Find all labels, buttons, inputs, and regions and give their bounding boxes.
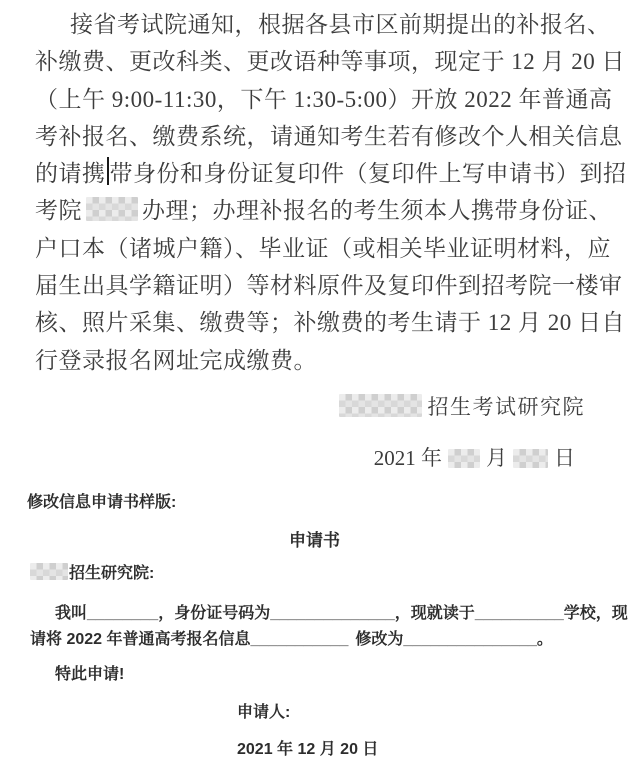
application-body: 我叫________，身份证号码为______________，现就读于____…: [30, 601, 608, 653]
redaction-salutation-org: [30, 563, 68, 580]
signature-date-month-label: 月: [486, 446, 507, 470]
body-after-name-text: ，身份证号码为: [158, 605, 270, 622]
notice-line-6: 考院办理；办理补报名的考生须本人携带身份证、: [35, 192, 596, 229]
redaction-org-name: [339, 394, 422, 417]
id-number-blank-field: ______________: [270, 605, 395, 622]
body-line-1: 我叫________，身份证号码为______________，现就读于____…: [30, 601, 608, 627]
body-intro-text: 我叫: [55, 605, 87, 622]
applicant-label: 申请人:: [237, 699, 290, 722]
notice-line-7: 户口本（诸城户籍）、毕业证（或相关毕业证明材料，应: [35, 230, 596, 267]
redaction-date-day: [513, 449, 548, 468]
notice-line-6-text-before: 考院: [35, 198, 82, 223]
template-heading: 修改信息申请书样版:: [27, 489, 176, 512]
notice-line-4: 考补报名、缴费系统，请通知考生若有修改个人相关信息: [35, 118, 596, 155]
closing-statement: 特此申请!: [55, 661, 124, 684]
notice-line-6-text-after: 办理；办理补报名的考生须本人携带身份证、: [142, 198, 612, 223]
body-after-id-text: ，现就读于: [395, 605, 475, 622]
notice-line-5: 的请携带身份和身份证复印件（复印件上写申请书）到招: [35, 155, 596, 192]
signature-date-year: 2021 年: [374, 446, 442, 470]
body-line2-start-text: 请将 2022 年普通高考报名信息: [30, 631, 251, 648]
body-line-2: 请将 2022 年普通高考报名信息___________修改为_________…: [30, 627, 608, 653]
signature-date-day-label: 日: [554, 446, 575, 470]
template-date: 2021 年 12 月 20 日: [237, 736, 378, 759]
name-blank-field: ________: [87, 605, 158, 622]
signature-line: 招生考试研究院: [339, 391, 586, 421]
school-blank-field: __________: [475, 605, 564, 622]
redaction-date-month: [448, 449, 480, 468]
notice-line-2: 补缴费、更改科类、更改语种等事项，现定于 12 月 20 日: [35, 43, 596, 80]
signature-org: 招生考试研究院: [428, 395, 586, 419]
notice-line-5-text-before: 的请携: [35, 161, 106, 186]
info-blank-field: ___________: [251, 631, 349, 648]
body-line2-period: 。: [537, 631, 553, 648]
notice-line-3: （上午 9:00-11:30，下午 1:30-5:00）开放 2022 年普通高: [35, 81, 596, 118]
text-cursor: [107, 157, 109, 185]
redaction-office-name: [86, 197, 138, 221]
notice-line-5-text-after: 带身份和身份证复印件（复印件上写申请书）到招: [110, 161, 627, 186]
notice-body: 接省考试院通知，根据各县市区前期提出的补报名、 补缴费、更改科类、更改语种等事项…: [35, 6, 596, 379]
salutation-line: 招生研究院:: [30, 560, 154, 583]
salutation-org-text: 招生研究院:: [69, 565, 154, 582]
signature-date-line: 2021 年月日: [374, 442, 575, 472]
notice-line-10: 行登录报名网址完成缴费。: [35, 342, 596, 379]
document-page: 接省考试院通知，根据各县市区前期提出的补报名、 补缴费、更改科类、更改语种等事项…: [0, 0, 629, 759]
notice-line-1: 接省考试院通知，根据各县市区前期提出的补报名、: [35, 6, 596, 43]
body-modify-label: 修改为: [355, 631, 403, 648]
body-after-school-text: 学校，现申: [564, 605, 629, 622]
notice-line-8: 届生出具学籍证明）等材料原件及复印件到招考院一楼审: [35, 267, 596, 304]
notice-line-9: 核、照片采集、缴费等；补缴费的考生请于 12 月 20 日自: [35, 304, 596, 341]
modify-to-blank-field: _______________: [403, 631, 536, 648]
application-title: 申请书: [0, 526, 629, 551]
